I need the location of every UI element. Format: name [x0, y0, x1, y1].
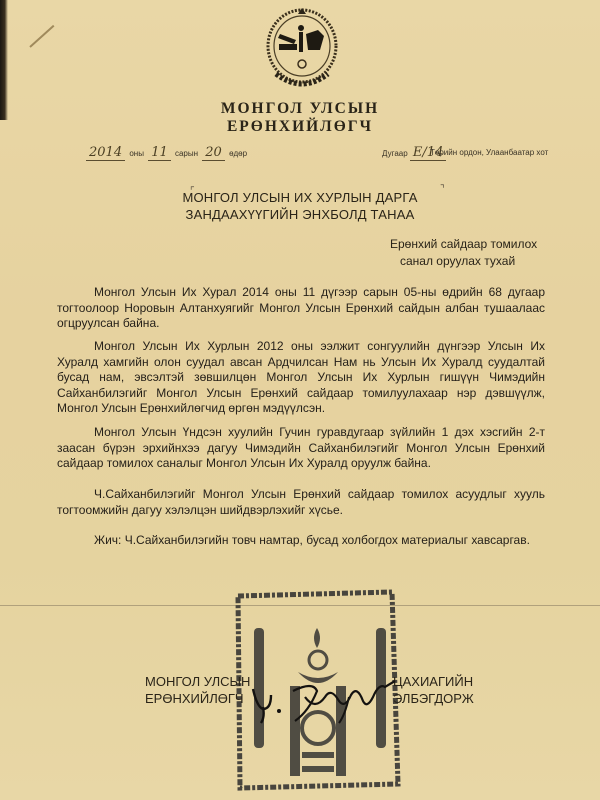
handwritten-signature-icon [245, 667, 405, 727]
signatory-title-line-1: МОНГОЛ УЛСЫН [145, 673, 250, 690]
location-text: Төрийн ордон, Улаанбаатар хот [430, 148, 548, 157]
signatory-name-line-1: ЦАХИАГИЙН [393, 673, 474, 690]
paragraph-text: Монгол Улсын Их Хурал 2014 оны 11 дүгээр… [57, 285, 545, 332]
date-day: 20 [202, 145, 225, 161]
subject-line-1: Ерөнхий сайдаар томилох [390, 236, 590, 253]
signatory-name: ЦАХИАГИЙН ЭЛБЭГДОРЖ [393, 673, 474, 707]
state-emblem-icon [262, 4, 342, 94]
date-year: 2014 [86, 145, 125, 161]
paragraph-text: Монгол Улсын Их Хурлын 2012 оны ээлжит с… [57, 339, 545, 417]
body-paragraph-2: Монгол Улсын Их Хурлын 2012 оны ээлжит с… [57, 339, 545, 417]
paragraph-text: Ч.Сайханбилэгийг Монгол Улсын Ерөнхий са… [57, 487, 545, 518]
subject-line-2: санал оруулах тухай [390, 253, 590, 270]
staple-pin [29, 25, 54, 48]
recipient-line-2: ЗАНДААХҮҮГИЙН ЭНХБОЛД ТАНАА [0, 207, 600, 222]
signatory-title-line-2: ЕРӨНХИЙЛӨГЧ [145, 690, 250, 707]
body-paragraph-3: Монгол Улсын Үндсэн хуулийн Гучин гуравд… [57, 425, 545, 472]
paragraph-text: Жич: Ч.Сайханбилэгийн товч намтар, бусад… [57, 533, 545, 549]
document-page: МОНГОЛ УЛСЫН ЕРӨНХИЙЛӨГЧ 2014 оны 11 сар… [0, 0, 600, 800]
org-title-line-1: МОНГОЛ УЛСЫН [0, 100, 600, 118]
signatory-title: МОНГОЛ УЛСЫН ЕРӨНХИЙЛӨГЧ [145, 673, 250, 707]
body-paragraph-4: Ч.Сайханбилэгийг Монгол Улсын Ерөнхий са… [57, 487, 545, 518]
signatory-name-line-2: ЭЛБЭГДОРЖ [393, 690, 474, 707]
date-month: 11 [148, 145, 171, 161]
body-paragraph-1: Монгол Улсын Их Хурал 2014 оны 11 дүгээр… [57, 285, 545, 332]
org-title-line-2: ЕРӨНХИЙЛӨГЧ [0, 118, 600, 136]
subject-block: Ерөнхий сайдаар томилох санал оруулах ту… [390, 236, 590, 270]
body-paragraph-attachment-note: Жич: Ч.Сайханбилэгийн товч намтар, бусад… [57, 533, 545, 549]
date-year-suffix: оны [129, 149, 144, 158]
date-day-suffix: өдөр [229, 149, 247, 158]
date-month-suffix: сарын [175, 149, 198, 158]
paragraph-text: Монгол Улсын Үндсэн хуулийн Гучин гуравд… [57, 425, 545, 472]
recipient-line-1: МОНГОЛ УЛСЫН ИХ ХУРЛЫН ДАРГА [0, 190, 600, 205]
number-label: Дугаар [382, 149, 408, 158]
date-line: 2014 оны 11 сарын 20 өдөр [86, 145, 249, 160]
